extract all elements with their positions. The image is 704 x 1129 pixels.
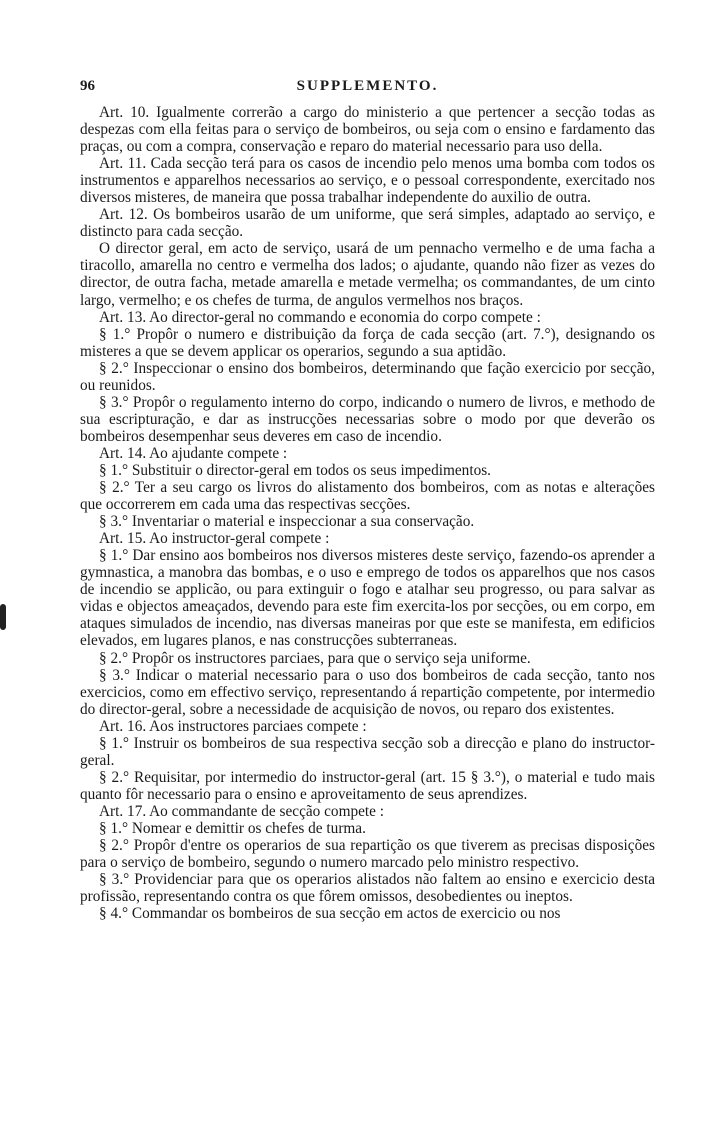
paragraph-art-11: Art. 11. Cada secção terá para os casos … [80,155,655,206]
paragraph-art-10: Art. 10. Igualmente correrão a cargo do … [80,104,655,155]
paragraph-art-15-s3: § 3.° Indicar o material necessario para… [80,667,655,718]
paragraph-art-17-s1: § 1.° Nomear e demittir os chefes de tur… [80,820,655,837]
paragraph-art-15-s1: § 1.° Dar ensino aos bombeiros nos diver… [80,547,655,649]
paragraph-art-13-s3: § 3.° Propôr o regulamento interno do co… [80,394,655,445]
paragraph-art-17: Art. 17. Ao commandante de secção compet… [80,803,655,820]
paragraph-art-13-s1: § 1.° Propôr o numero e distribuição da … [80,326,655,360]
paragraph-art-14-s3: § 3.° Inventariar o material e inspeccio… [80,513,655,530]
paragraph-art-16: Art. 16. Aos instructores parciaes compe… [80,718,655,735]
body-text: Art. 10. Igualmente correrão a cargo do … [80,104,655,922]
document-page: 96 SUPPLEMENTO. Art. 10. Igualmente corr… [80,78,655,922]
paragraph-art-15: Art. 15. Ao instructor-geral compete : [80,530,655,547]
paragraph-uniform-detail: O director geral, em acto de serviço, us… [80,240,655,308]
paragraph-art-17-s4: § 4.° Commandar os bombeiros de sua secç… [80,905,655,922]
paragraph-art-13: Art. 13. Ao director-geral no commando e… [80,309,655,326]
margin-ink-mark [0,604,6,630]
paragraph-art-15-s2: § 2.° Propôr os instructores parciaes, p… [80,650,655,667]
page-header: 96 SUPPLEMENTO. [80,78,655,104]
paragraph-art-13-s2: § 2.° Inspeccionar o ensino dos bombeiro… [80,360,655,394]
paragraph-art-14-s2: § 2.° Ter a seu cargo os livros do alist… [80,479,655,513]
paragraph-art-14-s1: § 1.° Substituir o director-geral em tod… [80,462,655,479]
paragraph-art-17-s3: § 3.° Providenciar para que os operarios… [80,871,655,905]
paragraph-art-14: Art. 14. Ao ajudante compete : [80,445,655,462]
paragraph-art-16-s1: § 1.° Instruir os bombeiros de sua respe… [80,735,655,769]
paragraph-art-17-s2: § 2.° Propôr d'entre os operarios de sua… [80,837,655,871]
paragraph-art-16-s2: § 2.° Requisitar, por intermedio do inst… [80,769,655,803]
running-title: SUPPLEMENTO. [80,78,655,95]
paragraph-art-12: Art. 12. Os bombeiros usarão de um unifo… [80,206,655,240]
